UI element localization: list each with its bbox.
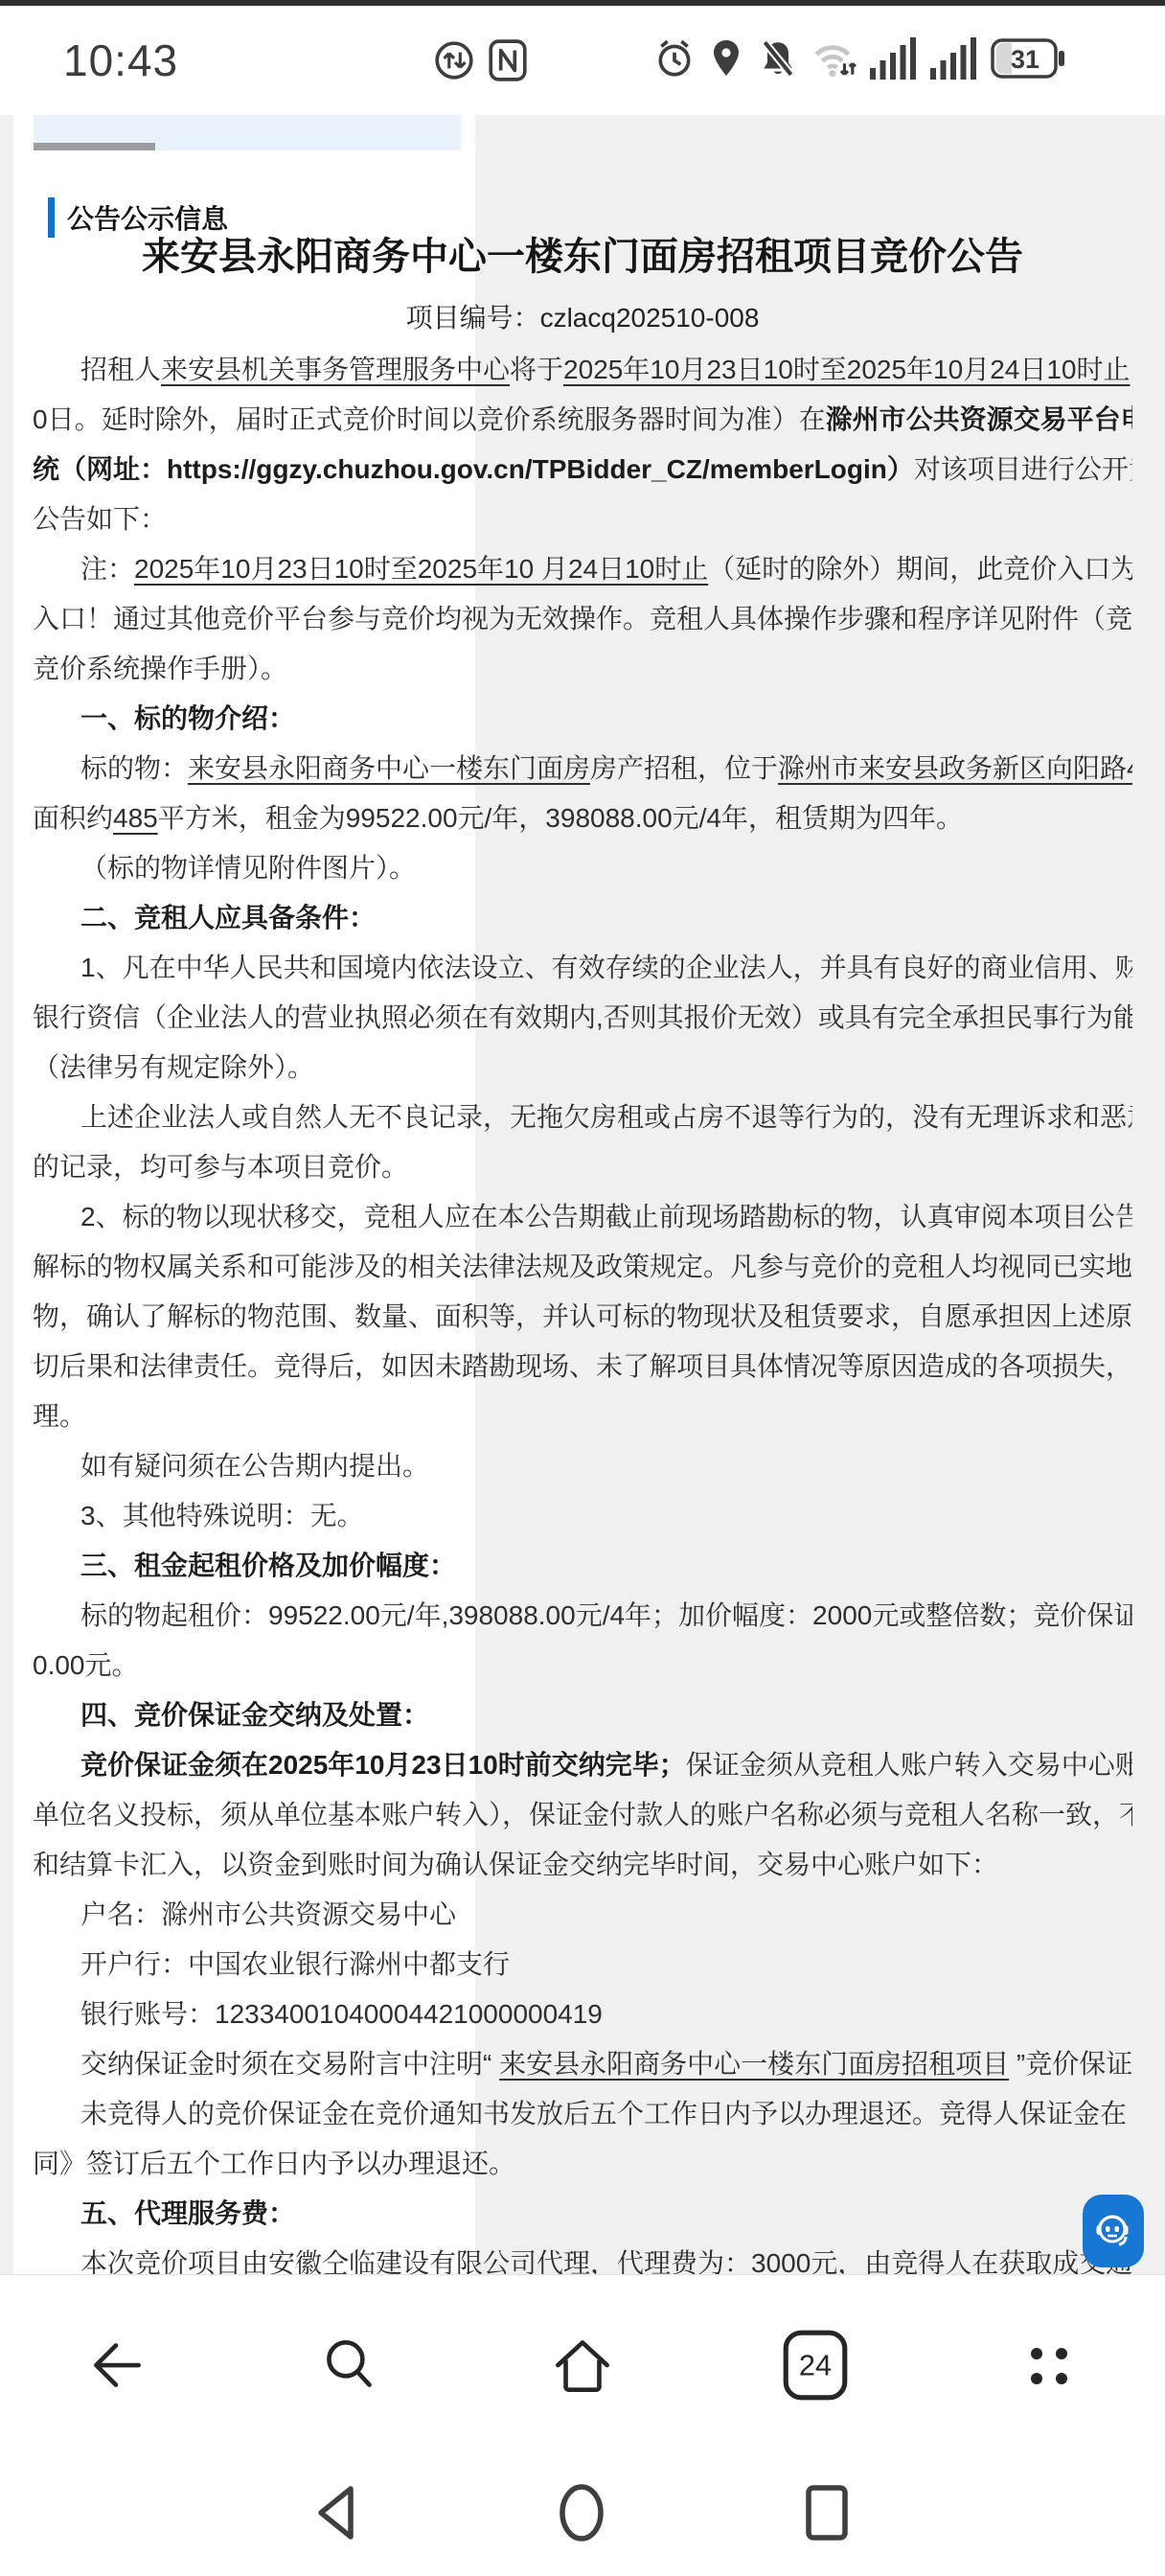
- doc-line: 的记录，均可参与本项目竞价。: [33, 1142, 1132, 1192]
- search-button[interactable]: [233, 2275, 466, 2454]
- doc-line: 二、竞租人应具备条件：: [33, 893, 1132, 943]
- robot-headset-icon: [1092, 2210, 1134, 2252]
- doc-line: 交纳保证金时须在交易附言中注明“ 来安县永阳商务中心一楼东门面房招租项目 ”竞价…: [33, 2039, 1132, 2089]
- section-header: 公告公示信息: [48, 197, 228, 238]
- doc-line: 入口！通过其他竞价平台参与竞价均视为无效操作。竞租人具体操作步骤和程序详见附件（…: [33, 594, 1132, 644]
- signal-2-icon: [930, 36, 978, 80]
- alarm-icon: [653, 37, 696, 80]
- nav-home-circle-icon: [543, 2474, 620, 2551]
- menu-dots-icon: [1017, 2334, 1079, 2396]
- doc-line: 银行账号：12334001040004421000000419: [33, 1989, 1132, 2039]
- doc-line: 理。: [33, 1391, 1132, 1441]
- clock-text: 10:43: [63, 34, 178, 86]
- nav-back-button[interactable]: [300, 2474, 377, 2551]
- doc-line: 2、标的物以现状移交，竞租人应在本公告期截止前现场踏勘标的物，认真审阅本项目公告…: [33, 1192, 1132, 1242]
- doc-line: 和结算卡汇入，以资金到账时间为确认保证金交纳完毕时间，交易中心账户如下：: [33, 1840, 1132, 1890]
- browser-viewport[interactable]: 公告公示信息 来安县永阳商务中心一楼东门面房招租项目竞价公告 项目编号：czla…: [0, 115, 1165, 2274]
- data-usage-icon: [433, 39, 475, 81]
- customer-service-fab[interactable]: [1083, 2195, 1144, 2267]
- doc-lines: 招租人来安县机关事务管理服务中心将于2025年10月23日10时至2025年10…: [0, 345, 1165, 2274]
- doc-line: 户名：滁州市公共资源交易中心: [33, 1890, 1132, 1940]
- doc-line: 本次竞价项目由安徽仝临建设有限公司代理，代理费为：3000元，由竞得人在获取成交…: [33, 2239, 1132, 2274]
- doc-line: 五、代理服务费：: [33, 2189, 1132, 2239]
- doc-line: 三、租金起租价格及加价幅度：: [33, 1541, 1132, 1591]
- phone-screen: 10:43: [0, 0, 1165, 2576]
- battery-percent-text: 31: [1011, 45, 1039, 74]
- system-navbar: [0, 2453, 1165, 2576]
- doc-line: 0日。延时除外，届时正式竞价时间以竞价系统服务器时间为准）在滁州市公共资源交易平…: [33, 395, 1132, 445]
- svg-text:24: 24: [799, 2348, 832, 2381]
- doc-line: 开户行：中国农业银行滁州中都支行: [33, 1940, 1132, 1989]
- doc-line: 解标的物权属关系和可能涉及的相关法律法规及政策规定。凡参与竞价的竞租人均视同已实…: [33, 1242, 1132, 1292]
- back-button[interactable]: [0, 2275, 233, 2454]
- nav-back-triangle-icon: [300, 2474, 377, 2551]
- doc-line: 公告如下：: [33, 494, 1132, 544]
- doc-line: （标的物详情见附件图片）。: [33, 843, 1132, 893]
- doc-line: 四、竞价保证金交纳及处置：: [33, 1690, 1132, 1740]
- nav-home-button[interactable]: [543, 2474, 620, 2551]
- doc-line: 招租人来安县机关事务管理服务中心将于2025年10月23日10时至2025年10…: [33, 345, 1132, 395]
- browser-toolbar: 24: [0, 2274, 1165, 2454]
- search-icon: [314, 2330, 385, 2401]
- home-icon: [545, 2328, 620, 2403]
- doc-line: 0.00元。: [33, 1641, 1132, 1690]
- battery-icon: 31: [991, 37, 1067, 80]
- doc-line: 面积约485平方米，租金为99522.00元/年，398088.00元/4年，租…: [33, 793, 1132, 843]
- doc-line: 1、凡在中华人民共和国境内依法设立、有效存续的企业法人，并具有良好的商业信用、财…: [33, 943, 1132, 993]
- doc-line: 标的物：来安县永阳商务中心一楼东门面房房产招租，位于滁州市来安县政务新区向阳路4…: [33, 744, 1132, 793]
- section-accent-bar: [48, 197, 55, 238]
- doc-line: 3、其他特殊说明：无。: [33, 1491, 1132, 1541]
- section-label: 公告公示信息: [67, 198, 228, 237]
- doc-line: 竞价保证金须在2025年10月23日10时前交纳完毕；保证金须从竞租人账户转入交…: [33, 1740, 1132, 1790]
- doc-line: 注：2025年10月23日10时至2025年10 月24日10时止（延时的除外）…: [33, 544, 1132, 594]
- status-bar: 10:43: [0, 6, 1165, 109]
- back-arrow-icon: [81, 2330, 152, 2401]
- tab-count-icon: 24: [780, 2328, 851, 2403]
- tabs-button[interactable]: 24: [699, 2275, 932, 2454]
- nav-recents-button[interactable]: [788, 2474, 865, 2551]
- doc-line: 标的物起租价：99522.00元/年,398088.00元/4年；加价幅度：20…: [33, 1591, 1132, 1641]
- doc-line: 同》签订后五个工作日内予以办理退还。: [33, 2139, 1132, 2189]
- nav-recents-square-icon: [788, 2474, 865, 2551]
- doc-line: 如有疑问须在公告期内提出。: [33, 1441, 1132, 1491]
- doc-line: 物，确认了解标的物范围、数量、面积等，并认可标的物现状及租赁要求，自愿承担因上述…: [33, 1292, 1132, 1342]
- location-icon: [708, 37, 744, 80]
- doc-line: 统（网址：https://ggzy.chuzhou.gov.cn/TPBidde…: [33, 445, 1132, 494]
- notifications-off-icon: [757, 37, 799, 80]
- doc-line: 单位名义投标，须从单位基本账户转入），保证金付款人的账户名称必须与竞租人名称一致…: [33, 1790, 1132, 1840]
- doc-line: 银行资信（企业法人的营业执照必须在有效期内,否则其报价无效）或具有完全承担民事行…: [33, 993, 1132, 1043]
- home-button[interactable]: [466, 2275, 698, 2454]
- nfc-icon: [487, 38, 529, 82]
- project-number: 项目编号：czlacq202510-008: [0, 299, 1165, 337]
- doc-line: 上述企业法人或自然人无不良记录，无拖欠房租或占房不退等行为的，没有无理诉求和恶意…: [33, 1092, 1132, 1142]
- signal-icon: [870, 36, 918, 80]
- wifi-icon: [811, 37, 857, 80]
- doc-line: 未竞得人的竞价保证金在竞价通知书发放后五个工作日内予以办理退还。竞得人保证金在《…: [33, 2089, 1132, 2139]
- menu-button[interactable]: [932, 2275, 1165, 2454]
- doc-line: 一、标的物介绍：: [33, 694, 1132, 744]
- doc-line: 竞价系统操作手册）。: [33, 644, 1132, 694]
- doc-line: 切后果和法律责任。竞得后，如因未踏勘现场、未了解项目具体情况等原因造成的各项损失…: [33, 1342, 1132, 1391]
- doc-line: （法律另有规定除外）。: [33, 1043, 1132, 1092]
- announcement-title: 来安县永阳商务中心一楼东门面房招租项目竞价公告: [0, 234, 1165, 280]
- horizontal-scroll-indicator[interactable]: [34, 143, 155, 150]
